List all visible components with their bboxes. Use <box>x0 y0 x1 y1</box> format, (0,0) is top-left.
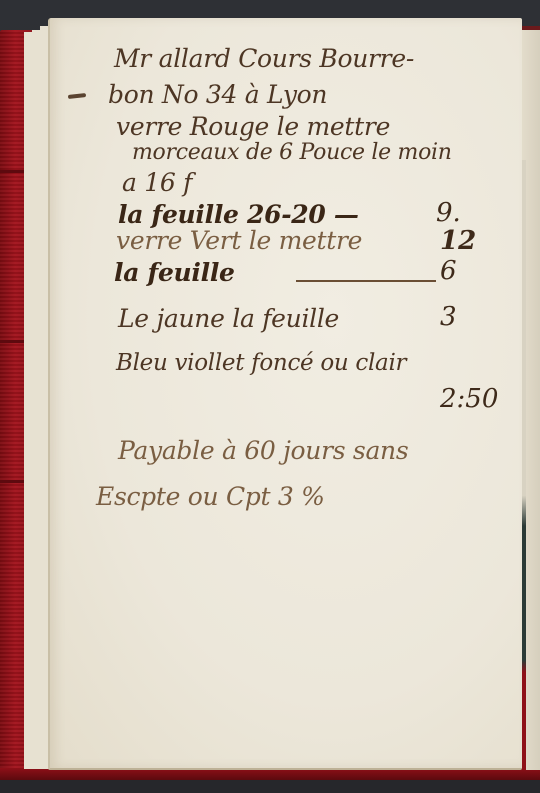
amount-jaune-feuille: 3 <box>440 302 457 332</box>
handwritten-line-3: verre Rouge le mettre <box>116 112 390 141</box>
leader-line <box>296 280 436 282</box>
amount-vert-mettre: 12 <box>440 226 476 256</box>
handwritten-line-7: verre Vert le mettre <box>116 226 362 255</box>
handwritten-line-6: la feuille 26-20 — <box>118 200 359 229</box>
handwritten-line-1: Mr allard Cours Bourre- <box>114 44 414 73</box>
amount-vert-feuille: 6 <box>440 256 457 286</box>
amount-rouge-feuille: 9. <box>436 198 461 228</box>
handwritten-line-11: Payable à 60 jours sans <box>118 436 408 465</box>
handwritten-line-4: morceaux de 6 Pouce le moin <box>132 140 452 165</box>
handwritten-line-5: a 16 f <box>122 168 192 197</box>
handwritten-line-8: la feuille <box>114 258 235 287</box>
handwritten-line-9: Le jaune la feuille <box>118 304 339 333</box>
handwritten-line-2: bon No 34 à Lyon <box>108 80 327 109</box>
handwritten-line-10: Bleu viollet foncé ou clair <box>116 350 406 376</box>
handwritten-line-12: Escpte ou Cpt 3 % <box>96 482 325 511</box>
amount-bleu: 2:50 <box>440 384 498 414</box>
